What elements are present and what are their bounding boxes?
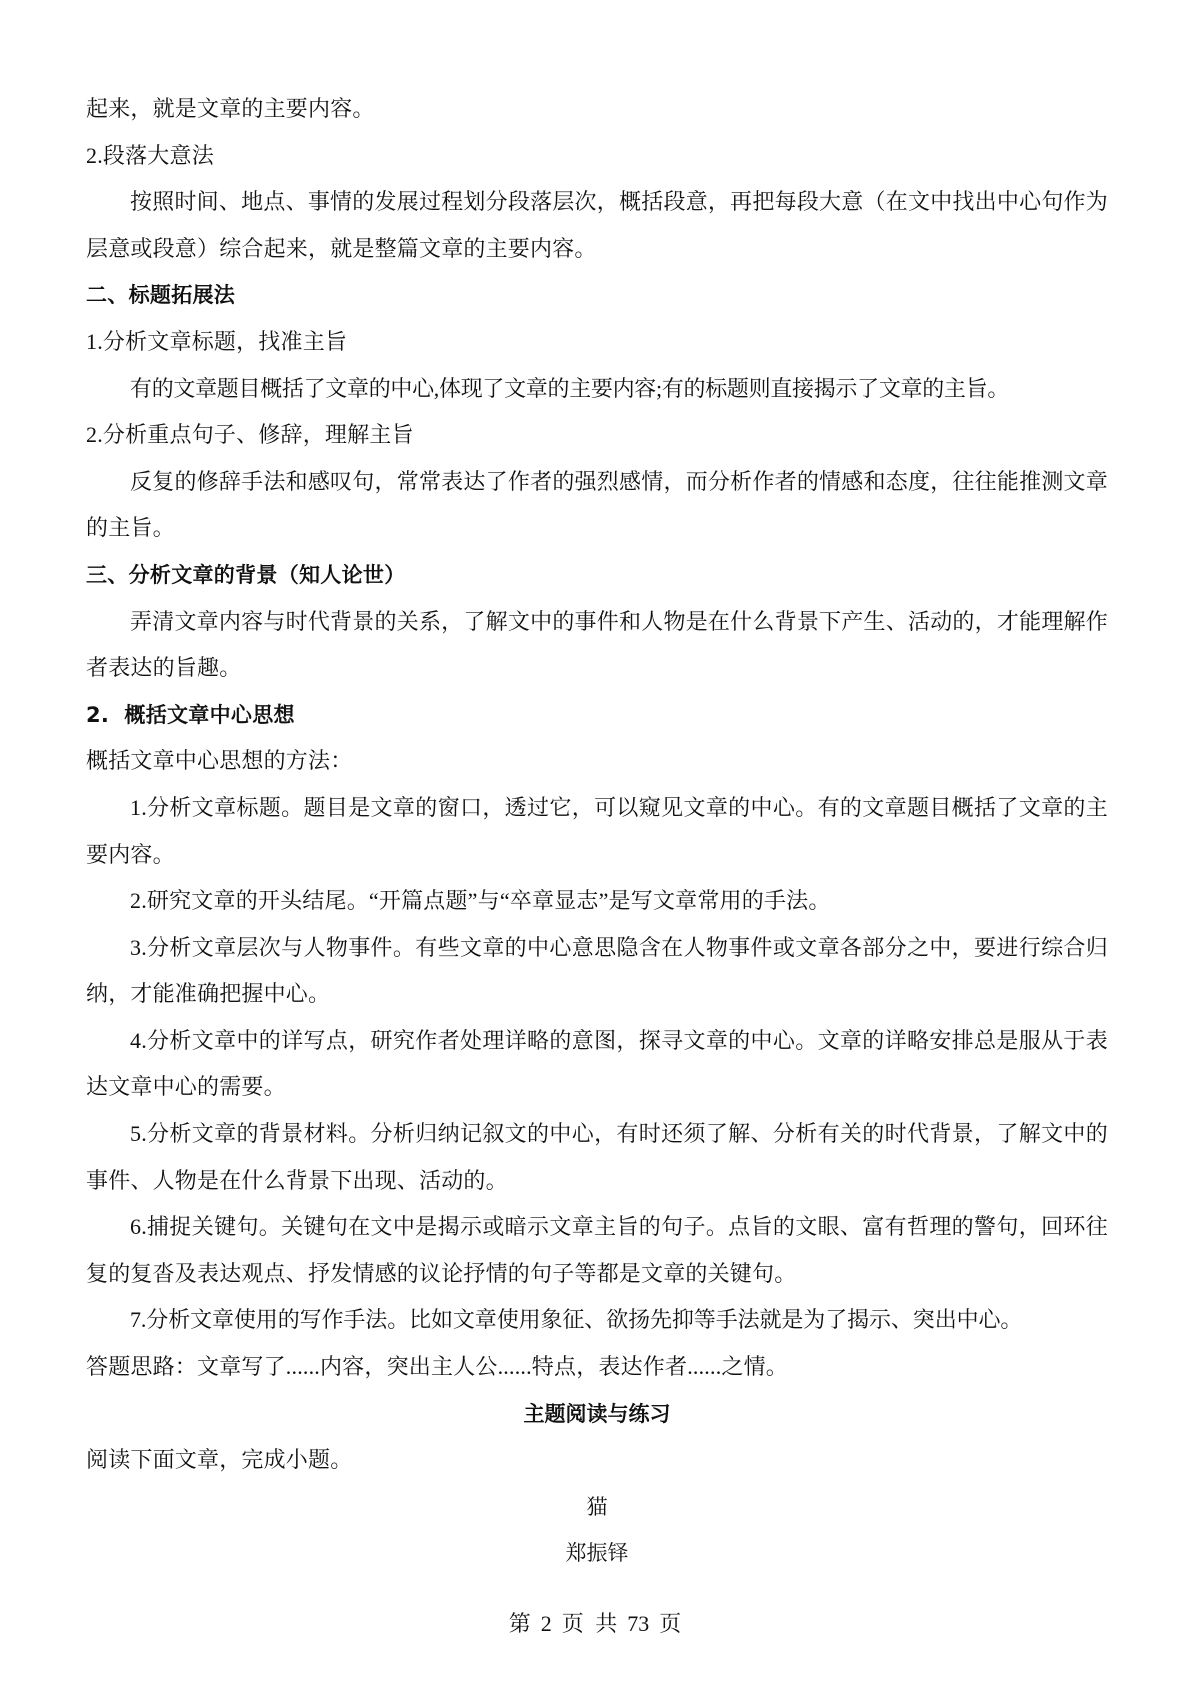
method-5-background-material: 5.分析文章的背景材料。分析归纳记叙文的中心，有时还须了解、分析有关的时代背景，… bbox=[86, 1111, 1108, 1204]
page-footer: 第2页 共73页 bbox=[0, 1607, 1190, 1638]
heading-central-idea: 2. 概括文章中心思想 bbox=[86, 692, 1108, 739]
footer-middle: 页 共 bbox=[562, 1611, 618, 1636]
footer-prefix: 第 bbox=[509, 1611, 531, 1636]
central-idea-methods-intro: 概括文章中心思想的方法： bbox=[86, 738, 1108, 785]
subheading-analyze-title: 1.分析文章标题，找准主旨 bbox=[86, 319, 1108, 366]
subheading-analyze-key-sentences: 2.分析重点句子、修辞，理解主旨 bbox=[86, 412, 1108, 459]
method-6-key-sentences: 6.捕捉关键句。关键句在文中是揭示或暗示文章主旨的句子。点旨的文眼、富有哲理的警… bbox=[86, 1204, 1108, 1297]
answer-approach: 答题思路：文章写了......内容，突出主人公......特点，表达作者....… bbox=[86, 1344, 1108, 1391]
reading-instructions: 阅读下面文章，完成小题。 bbox=[86, 1437, 1108, 1484]
heading-title-expansion-method: 二、标题拓展法 bbox=[86, 272, 1108, 319]
section-title-reading-practice: 主题阅读与练习 bbox=[86, 1391, 1108, 1438]
footer-current-page: 2 bbox=[541, 1611, 552, 1636]
paragraph-background-body: 弄清文章内容与时代背景的关系，了解文中的事件和人物是在什么背景下产生、活动的，才… bbox=[86, 599, 1108, 692]
method-7-writing-techniques: 7.分析文章使用的写作手法。比如文章使用象征、欲扬先抑等手法就是为了揭示、突出中… bbox=[86, 1297, 1108, 1344]
heading-analyze-background: 三、分析文章的背景（知人论世） bbox=[86, 552, 1108, 599]
document-page: 起来，就是文章的主要内容。 2.段落大意法 按照时间、地点、事情的发展过程划分段… bbox=[86, 86, 1108, 1577]
footer-suffix: 页 bbox=[659, 1611, 681, 1636]
method-3-structure-characters: 3.分析文章层次与人物事件。有些文章的中心意思隐含在人物事件或文章各部分之中，要… bbox=[86, 925, 1108, 1018]
paragraph-summary-method-body: 按照时间、地点、事情的发展过程划分段落层次，概括段意，再把每段大意（在文中找出中… bbox=[86, 179, 1108, 272]
paragraph-analyze-title-body: 有的文章题目概括了文章的中心,体现了文章的主要内容;有的标题则直接揭示了文章的主… bbox=[86, 366, 1108, 413]
method-4-detail-points: 4.分析文章中的详写点，研究作者处理详略的意图，探寻文章的中心。文章的详略安排总… bbox=[86, 1018, 1108, 1111]
article-title: 猫 bbox=[86, 1484, 1108, 1531]
article-author: 郑振铎 bbox=[86, 1530, 1108, 1577]
paragraph-key-sentences-body: 反复的修辞手法和感叹句，常常表达了作者的强烈感情，而分析作者的情感和态度，往往能… bbox=[86, 459, 1108, 552]
method-1-analyze-title: 1.分析文章标题。题目是文章的窗口，透过它，可以窥见文章的中心。有的文章题目概括… bbox=[86, 785, 1108, 878]
subheading-paragraph-summary-method: 2.段落大意法 bbox=[86, 133, 1108, 180]
continuation-text: 起来，就是文章的主要内容。 bbox=[86, 86, 1108, 133]
footer-total-pages: 73 bbox=[627, 1611, 649, 1636]
method-2-opening-ending: 2.研究文章的开头结尾。“开篇点题”与“卒章显志”是写文章常用的手法。 bbox=[86, 878, 1108, 925]
